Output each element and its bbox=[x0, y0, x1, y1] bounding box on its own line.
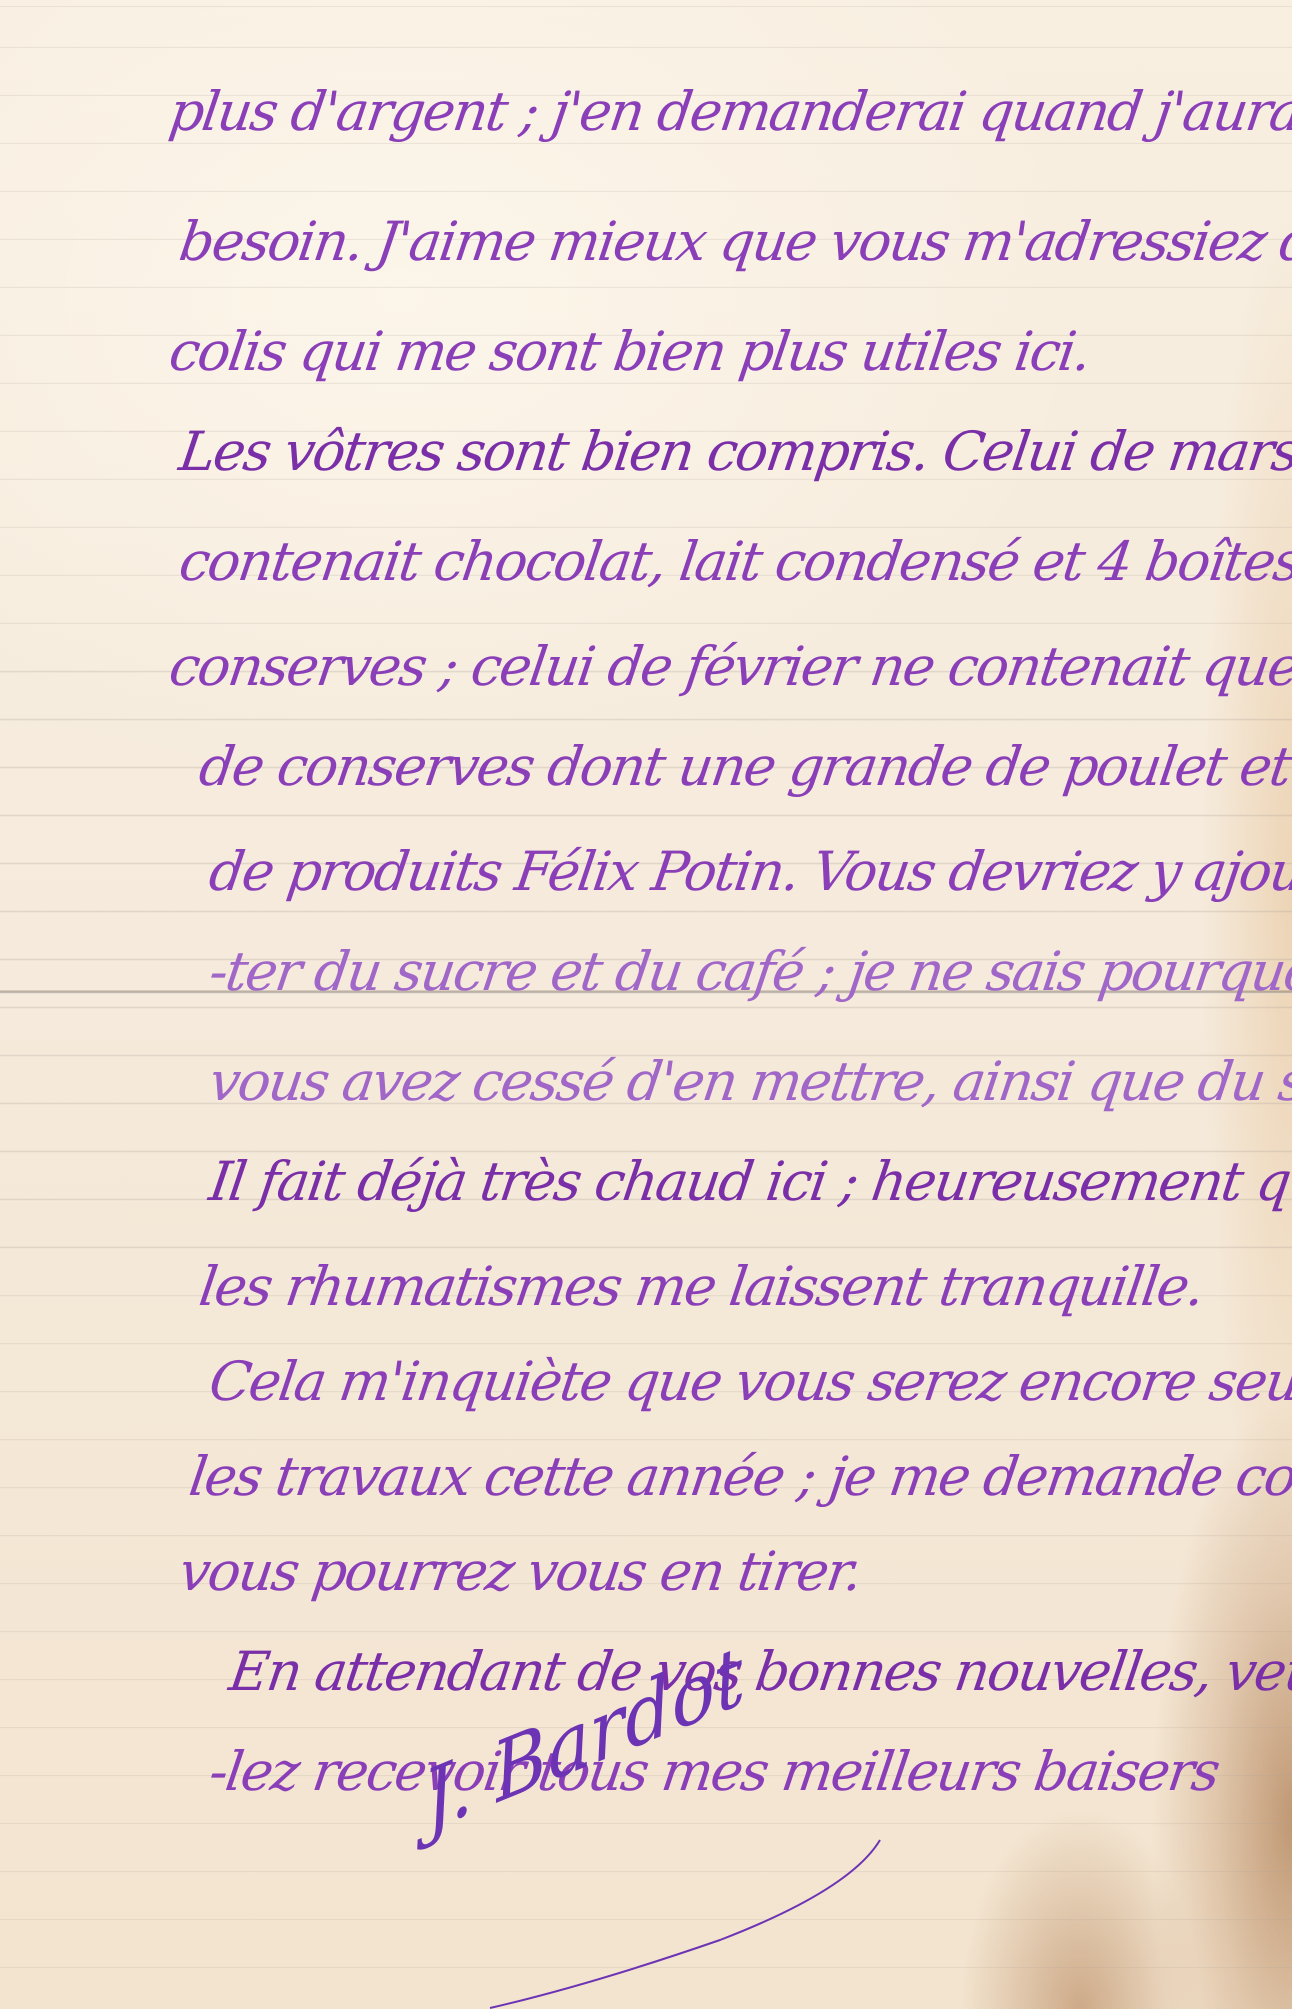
letter-line-3: colis qui me sont bien plus utiles ici. bbox=[166, 320, 1094, 383]
letter-line-6: conserves ; celui de février ne contenai… bbox=[166, 635, 1292, 698]
letter-page: plus d'argent ; j'en demanderai quand j'… bbox=[0, 0, 1292, 2009]
letter-line-1: plus d'argent ; j'en demanderai quand j'… bbox=[166, 80, 1292, 143]
signature-flourish bbox=[470, 1820, 890, 2009]
letter-line-11: Il fait déjà très chaud ici ; heureuseme… bbox=[206, 1150, 1292, 1213]
letter-line-14: les travaux cette année ; je me demande … bbox=[186, 1445, 1292, 1508]
letter-line-8: de produits Félix Potin. Vous devriez y … bbox=[206, 840, 1292, 903]
letter-line-5: contenait chocolat, lait condensé et 4 b… bbox=[176, 530, 1292, 593]
letter-line-15: vous pourrez vous en tirer. bbox=[176, 1540, 865, 1603]
letter-line-12: les rhumatismes me laissent tranquille. bbox=[196, 1255, 1207, 1318]
letter-line-17: -lez recevoir tous mes meilleurs baisers bbox=[206, 1740, 1223, 1803]
letter-line-2: besoin. J'aime mieux que vous m'adressie… bbox=[176, 210, 1292, 273]
letter-line-4: Les vôtres sont bien compris. Celui de m… bbox=[176, 420, 1292, 483]
letter-line-7: de conserves dont une grande de poulet e… bbox=[196, 735, 1292, 798]
letter-line-10: vous avez cessé d'en mettre, ainsi que d… bbox=[206, 1050, 1292, 1113]
letter-line-13: Cela m'inquiète que vous serez encore se… bbox=[206, 1350, 1292, 1413]
letter-line-9: -ter du sucre et du café ; je ne sais po… bbox=[206, 940, 1292, 1003]
letter-line-16: En attendant de vos bonnes nouvelles, ve… bbox=[226, 1640, 1292, 1703]
